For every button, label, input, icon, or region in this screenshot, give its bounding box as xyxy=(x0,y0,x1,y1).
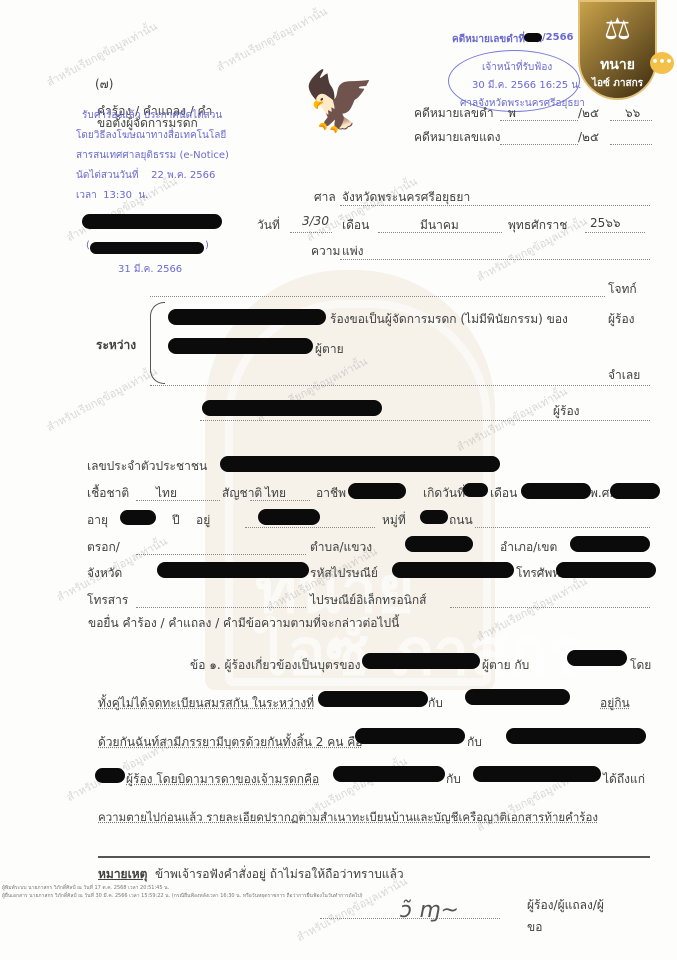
plaintiff-field[interactable] xyxy=(150,296,605,297)
paragraph-4-mid: กับ xyxy=(446,770,461,789)
paragraph-3-start: ด้วยกันฉันท์สามีภรรยามีบุตรด้วยกันทั้งสิ… xyxy=(98,733,363,752)
red-case-year: /๒๕ xyxy=(578,128,599,147)
intro-text: ขอยื่น คำร้อง / คำแถลง / คำมีข้อความตามท… xyxy=(88,614,399,633)
paragraph-1-deceased: ผู้ตาย กับ xyxy=(482,656,529,675)
filer-field[interactable] xyxy=(200,420,650,421)
road-field[interactable] xyxy=(475,527,650,528)
redacted-birth-month xyxy=(521,483,591,499)
red-case-field[interactable] xyxy=(500,144,578,145)
redacted-position xyxy=(90,242,204,254)
redacted-name-b xyxy=(465,689,570,705)
black-case-field[interactable] xyxy=(500,120,578,121)
redacted-address xyxy=(258,509,320,525)
email-label: ไปรษณีย์อิเล็กทรอนิกส์ xyxy=(310,591,426,610)
ethnicity-field[interactable] xyxy=(136,500,220,501)
address-field[interactable] xyxy=(245,527,375,528)
postcode-label: รหัสไปรษณีย์ xyxy=(310,564,378,583)
redacted-parent-1 xyxy=(362,653,480,669)
birth-month-label: เดือน xyxy=(490,484,517,503)
red-case-year-field[interactable] xyxy=(610,144,652,145)
black-case-year: /๒๕ xyxy=(578,104,599,123)
notice-line-2: โดยวิธีลงโฆษณาทางสื่อเทคโนโลยี xyxy=(76,128,226,143)
red-case-label: คดีหมายเลขแดง xyxy=(414,128,500,147)
subdistrict-label: ตำบล/แขวง xyxy=(310,538,372,557)
receipt-line-1: เจ้าหน้าที่รับฟ้อง xyxy=(482,60,552,75)
paragraph-3-mid: กับ xyxy=(467,733,482,752)
court-field[interactable] xyxy=(340,205,650,206)
note-label: หมายเหตุ xyxy=(98,867,147,881)
redacted-age xyxy=(120,510,156,525)
redacted-child-1 xyxy=(355,728,465,744)
alley-field[interactable] xyxy=(136,554,306,555)
redacted-moo xyxy=(420,510,448,524)
moo-label: หมู่ที่ xyxy=(382,511,406,530)
redacted-child-2 xyxy=(506,728,646,744)
month-label: เดือน xyxy=(342,216,369,235)
paragraph-2-mid: กับ xyxy=(428,694,443,713)
redacted-case-number xyxy=(524,33,542,42)
redacted-child-ref xyxy=(95,768,125,783)
redacted-deceased xyxy=(168,338,313,354)
notice-paren: ) xyxy=(205,240,209,251)
redacted-filer xyxy=(202,400,382,416)
redacted-petitioner xyxy=(168,309,326,325)
between-label: ระหว่าง xyxy=(96,336,136,355)
defendant-field[interactable] xyxy=(150,385,650,386)
paragraph-1-start: ข้อ ๑. ผู้ร้องเกี่ยวข้องเป็นบุตรของ xyxy=(190,656,360,675)
redacted-phone xyxy=(556,562,656,578)
redacted-parent-2 xyxy=(567,650,627,666)
scales-icon: ⚖ xyxy=(580,10,655,50)
plaintiff-label: โจทก์ xyxy=(608,280,637,299)
footer-rule xyxy=(98,856,650,858)
paragraph-2-start: ทั้งคู่ไม่ได้จดทะเบียนสมรสกัน ในระหว่างท… xyxy=(98,694,314,713)
year-label: พุทธศักราช xyxy=(508,216,567,235)
print-line-1: ผู้พิมพ์ระบบ นายภาสกร วิภักดิ์ศิลป์ ณ วั… xyxy=(2,884,169,892)
filer-role: ผู้ร้อง xyxy=(553,402,580,421)
redacted-grandparent-2 xyxy=(473,766,601,782)
deceased-label: ผู้ตาย xyxy=(315,340,344,359)
between-brace xyxy=(150,302,165,384)
year-field[interactable] xyxy=(585,232,645,233)
signature: ɔ̃ ɱ~ xyxy=(400,898,459,923)
paragraph-4-start: ผู้ร้อง โดยบิดามารดาของเจ้ามรดกคือ xyxy=(126,770,319,789)
signer-role: ผู้ร้อง/ผู้แถลง/ผู้ xyxy=(527,896,604,915)
years-label: ปี xyxy=(172,511,180,530)
case-type-field[interactable] xyxy=(340,259,650,260)
redacted-name xyxy=(82,214,222,229)
notice-time: เวลา 13:30 น. xyxy=(76,188,148,203)
road-label: ถนน xyxy=(449,511,473,530)
receipt-line-2: 30 มี.ค. 2566 16:25 น. xyxy=(472,78,581,93)
nationality-field[interactable] xyxy=(250,500,310,501)
paragraph-1-end: โดย xyxy=(630,656,651,675)
redacted-district xyxy=(570,536,650,552)
notice-line-3: สารสนเทศศาลยุติธรรม (e-Notice) xyxy=(76,148,229,163)
birth-day-label: เกิดวันที่ xyxy=(423,484,465,503)
redacted-birth-day xyxy=(463,483,488,497)
black-case-year-field xyxy=(610,120,652,121)
black-case-top-year: /2566 xyxy=(542,32,573,43)
redacted-occupation xyxy=(348,483,406,499)
date-label: วันที่ xyxy=(257,216,280,235)
alley-label: ตรอก/ xyxy=(87,538,120,557)
lawyer-badge: ⚖ ทนาย ไอซ์ ภาสกร xyxy=(578,0,657,100)
court-label: ศาล xyxy=(314,188,336,207)
address-label: อยู่ xyxy=(196,511,210,530)
badge-line-2: ไอซ์ ภาสกร xyxy=(580,76,655,91)
badge-line-1: ทนาย xyxy=(580,54,655,76)
garuda-emblem-icon: 🦅 xyxy=(303,66,375,136)
paragraph-5: ความตายไปก่อนแล้ว รายละเอียดปรากฏตามสำเน… xyxy=(98,809,598,827)
district-label: อำเภอ/เขต xyxy=(500,538,557,557)
case-type-label: ความ xyxy=(311,242,340,261)
signer-role-2: ขอ xyxy=(527,918,542,937)
note-line: หมายเหตุ ข้าพเจ้ารอฟังคำสั่งอยู่ ถ้าไม่ร… xyxy=(98,865,404,884)
black-case-label: คดีหมายเลขดำ xyxy=(414,104,494,123)
paragraph-4-end: ได้ถึงแก่ xyxy=(603,770,645,789)
notice-line-1: รับคำร้องแล้ว ประกาศนัดไต่สวน xyxy=(82,108,222,123)
month-field[interactable] xyxy=(378,232,502,233)
note-text: ข้าพเจ้ารอฟังคำสั่งอยู่ ถ้าไม่รอให้ถือว่… xyxy=(155,867,404,881)
paragraph-2-end: อยู่กิน xyxy=(600,694,630,713)
petitioner-label: ผู้ร้อง xyxy=(608,310,635,329)
date-day-field[interactable] xyxy=(290,232,332,233)
redacted-province xyxy=(157,562,309,578)
print-line-2: ผู้ยื่นเอกสาร นายภาสกร วิภักดิ์ศิลป์ ณ ว… xyxy=(2,892,363,900)
redacted-grandparent-1 xyxy=(333,766,445,782)
defendant-label: จำเลย xyxy=(608,366,640,385)
age-label: อายุ xyxy=(87,511,108,530)
phone-label: โทรศัพท์ xyxy=(516,564,560,583)
fax-field[interactable] xyxy=(136,607,306,608)
date-day: 3/30 xyxy=(302,214,329,228)
signature-field[interactable] xyxy=(320,918,500,919)
watermark-text: สำหรับเรียกดูข้อมูลเท่านั้น xyxy=(213,2,330,76)
notice-hearing: นัดไต่สวนวันที่ 22 พ.ค. 2566 xyxy=(76,168,215,183)
email-field[interactable] xyxy=(450,607,650,608)
year-value: 25๖๖ xyxy=(590,214,621,233)
province-label: จังหวัด xyxy=(87,564,122,583)
ethnicity-label: เชื้อชาติ xyxy=(87,484,129,503)
watermark-text: สำหรับเรียกดูข้อมูลเท่านั้น xyxy=(63,172,180,246)
occupation-label: อาชีพ xyxy=(316,484,346,503)
form-number: (๗) xyxy=(95,75,113,94)
fax-label: โทรสาร xyxy=(87,591,128,610)
petition-text: ร้องขอเป็นผู้จัดการมรดก (ไม่มีพินัยกรรม)… xyxy=(330,310,568,329)
redacted-id-number xyxy=(220,456,500,472)
redacted-birth-year xyxy=(610,483,660,499)
watermark-text: สำหรับเรียกดูข้อมูลเท่านั้น xyxy=(43,362,160,436)
id-label: เลขประจำตัวประชาชน xyxy=(87,457,207,476)
redacted-postcode xyxy=(392,562,514,578)
redacted-name-a xyxy=(318,691,428,707)
notice-signed-date: 31 มี.ค. 2566 xyxy=(118,262,182,277)
redacted-subdistrict xyxy=(405,536,473,552)
chat-bubble-icon: ••• xyxy=(650,52,674,74)
